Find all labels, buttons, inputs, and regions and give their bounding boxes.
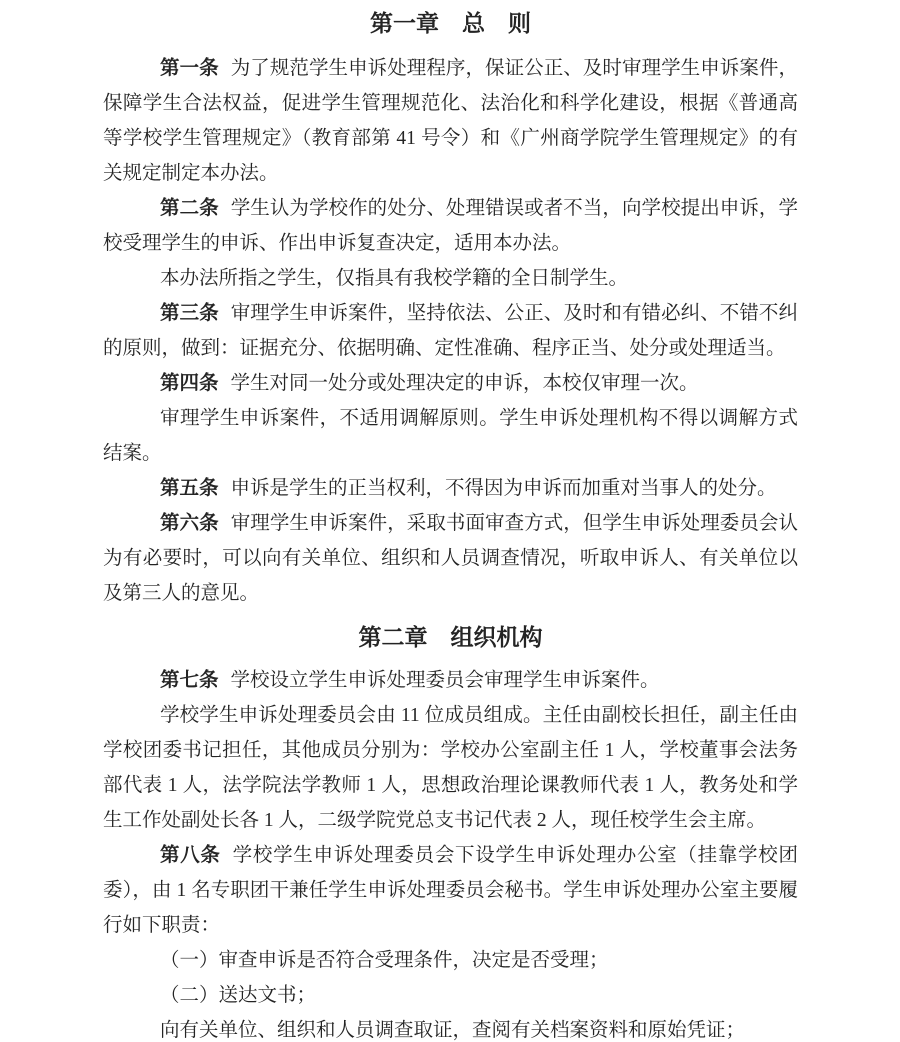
- article-paragraph: 第五条申诉是学生的正当权利，不得因为申诉而加重对当事人的处分。: [103, 471, 798, 506]
- article-number-label: 第六条: [160, 513, 219, 534]
- article-number-label: 第三条: [160, 303, 219, 324]
- article-paragraph: 学校学生申诉处理委员会由 11 位成员组成。主任由副校长担任，副主任由学校团委书…: [103, 698, 798, 838]
- article-paragraph: 第八条学校学生申诉处理委员会下设学生申诉处理办公室（挂靠学校团委），由 1 名专…: [103, 838, 798, 943]
- article-paragraph: （二）送达文书；: [103, 978, 798, 1013]
- article-paragraph: 审理学生申诉案件，不适用调解原则。学生申诉处理机构不得以调解方式结案。: [103, 401, 798, 471]
- article-text: 申诉是学生的正当权利，不得因为申诉而加重对当事人的处分。: [231, 478, 777, 499]
- chapter-2-heading: 第二章 组织机构: [103, 619, 798, 656]
- article-paragraph: 第六条审理学生申诉案件，采取书面审查方式，但学生申诉处理委员会认为有必要时，可以…: [103, 506, 798, 611]
- article-number-label: 第二条: [160, 198, 219, 219]
- article-paragraph: （一）审查申诉是否符合受理条件，决定是否受理；: [103, 943, 798, 978]
- article-number-label: 第五条: [160, 478, 219, 499]
- article-paragraph: 向有关单位、组织和人员调查取证，查阅有关档案资料和原始凭证；: [103, 1013, 798, 1042]
- article-text: 学生对同一处分或处理决定的申诉，本校仅审理一次。: [231, 373, 699, 394]
- article-number-label: 第七条: [160, 670, 219, 691]
- article-paragraph: 第二条学生认为学校作的处分、处理错误或者不当，向学校提出申诉，学校受理学生的申诉…: [103, 191, 798, 261]
- document-page: 第一章 总 则 第一条为了规范学生申诉处理程序，保证公正、及时审理学生申诉案件，…: [0, 0, 900, 1042]
- article-text: 学校设立学生申诉处理委员会审理学生申诉案件。: [231, 670, 660, 691]
- article-text: 向有关单位、组织和人员调查取证，查阅有关档案资料和原始凭证；: [160, 1020, 745, 1041]
- article-text: 审理学生申诉案件，不适用调解原则。学生申诉处理机构不得以调解方式结案。: [103, 408, 798, 464]
- article-paragraph: 第三条审理学生申诉案件，坚持依法、公正、及时和有错必纠、不错不纠的原则，做到：证…: [103, 296, 798, 366]
- chapter-1-heading: 第一章 总 则: [103, 5, 798, 42]
- article-number-label: 第四条: [160, 373, 219, 394]
- article-number-label: 第一条: [160, 58, 219, 79]
- article-paragraph: 本办法所指之学生，仅指具有我校学籍的全日制学生。: [103, 261, 798, 296]
- article-text: （二）送达文书；: [160, 985, 316, 1006]
- article-number-label: 第八条: [160, 845, 221, 866]
- article-text: 本办法所指之学生，仅指具有我校学籍的全日制学生。: [160, 268, 628, 289]
- article-paragraph: 第四条学生对同一处分或处理决定的申诉，本校仅审理一次。: [103, 366, 798, 401]
- article-paragraph: 第七条学校设立学生申诉处理委员会审理学生申诉案件。: [103, 663, 798, 698]
- article-text: （一）审查申诉是否符合受理条件，决定是否受理；: [160, 950, 609, 971]
- article-text: 学校学生申诉处理委员会由 11 位成员组成。主任由副校长担任，副主任由学校团委书…: [103, 705, 798, 831]
- article-paragraph: 第一条为了规范学生申诉处理程序，保证公正、及时审理学生申诉案件，保障学生合法权益…: [103, 51, 798, 191]
